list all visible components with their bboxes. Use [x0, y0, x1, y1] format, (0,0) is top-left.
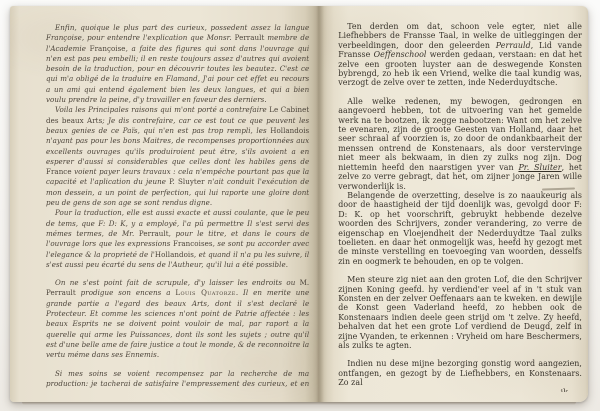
text-segment: Perrauld [496, 41, 531, 50]
dutch-text-block: Ten derden om dat, schoon vele egter, ni… [338, 22, 582, 392]
text-segment: Louis Quatorze [175, 288, 235, 297]
text-segment: Hollandois [270, 126, 309, 135]
book-spread: Enfin, quoique le plus part des curieux,… [10, 6, 588, 402]
text-segment: Francoises [173, 239, 213, 248]
text-segment: France [46, 167, 72, 176]
text-segment: Si mes soins se voient recompensez par l… [46, 369, 309, 389]
text-segment: Hollandois [155, 250, 194, 259]
text-segment: Perrault [235, 33, 265, 42]
text-segment: Belangende de overzetting, deselve is zo… [338, 191, 582, 266]
page-left: Enfin, quoique le plus part des curieux,… [10, 6, 319, 402]
paragraph: Indien nu dese mijne bezorging gonstig w… [338, 359, 582, 387]
paragraph: Belangende de overzetting, deselve is zo… [338, 191, 582, 266]
text-segment: Oeffenschool [374, 50, 427, 59]
text-segment: . Il en merite une grande partie a l'ega… [46, 288, 309, 359]
photo-background: Enfin, quoique le plus part des curieux,… [0, 0, 600, 411]
text-segment: prodigue son encens a [76, 288, 176, 297]
text-segment: Perrault [139, 229, 169, 238]
text-segment: P. Sluyter [169, 177, 204, 186]
paragraph: Alle welke redenen, my bewogen, gedronge… [338, 97, 582, 191]
paragraph: Enfin, quoique le plus part des curieux,… [46, 23, 309, 105]
text-segment: Voila les Principales raisons qui m'ont … [55, 105, 269, 114]
text-segment: On ne s'est point fait de scrupule, d'y … [55, 278, 300, 287]
paragraph: Ten derden om dat, schoon vele egter, ni… [338, 22, 582, 88]
french-text-block: Enfin, quoique le plus part des curieux,… [46, 23, 309, 388]
text-segment: Indien nu dese mijne bezorging gonstig w… [338, 359, 582, 387]
text-segment: Françoise [90, 44, 126, 53]
paragraph: Si mes soins se voient recompensez par l… [46, 369, 309, 389]
catchword: ik [338, 388, 582, 392]
paragraph: On ne s'est point fait de scrupule, d'y … [46, 278, 309, 360]
page-right: Ten derden om dat, schoon vele egter, ni… [319, 6, 588, 402]
paragraph: Men steure zig niet aan den groten Lof, … [338, 275, 582, 350]
page-bottom-edge [22, 402, 577, 405]
paragraph: Pour la traduction, elle est aussi exact… [46, 208, 309, 270]
text-segment: Pr. Sluiter [518, 163, 561, 172]
text-segment: Men steure zig niet aan den groten Lof, … [338, 275, 582, 350]
text-segment: n'ayant pas pour les bons Maitres, de re… [46, 136, 309, 166]
text-segment: Alle welke redenen, my bewogen, gedronge… [338, 97, 582, 172]
paragraph: Voila les Principales raisons qui m'ont … [46, 105, 309, 208]
